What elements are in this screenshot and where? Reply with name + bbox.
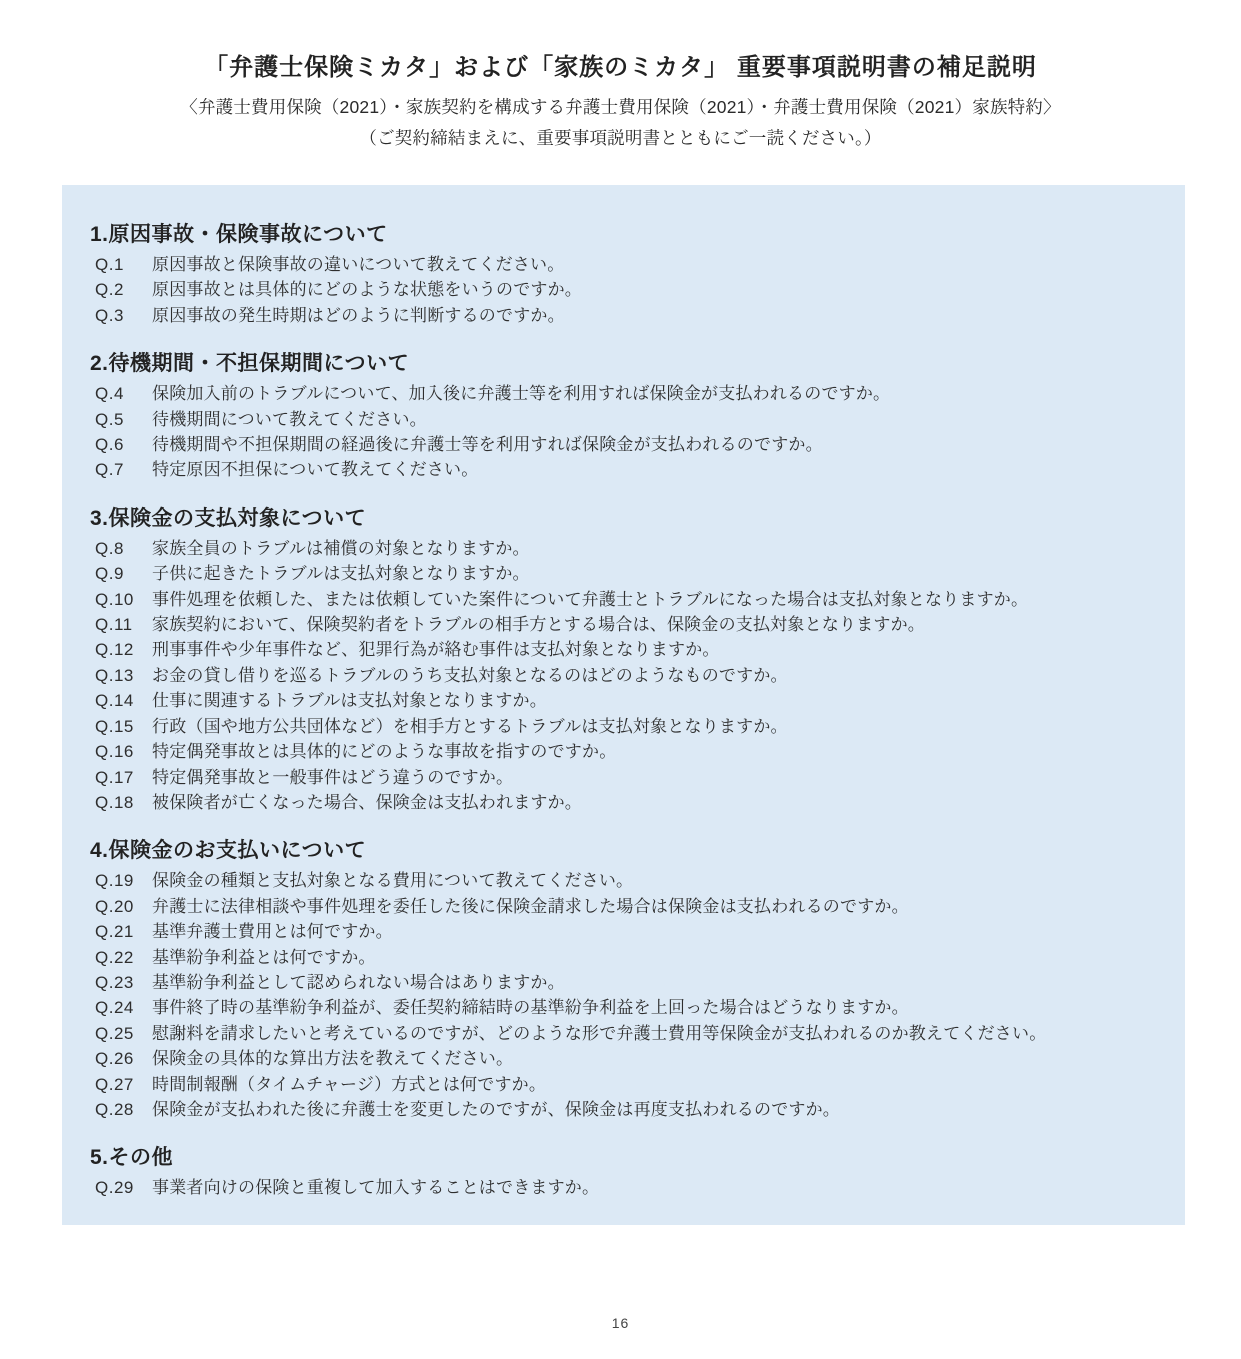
question-text: 家族契約において、保険契約者をトラブルの相手方とする場合は、保険金の支払対象とな…	[152, 612, 1165, 637]
toc-question-row: Q.9子供に起きたトラブルは支払対象となりますか。	[95, 561, 1165, 586]
toc-question-row: Q.28保険金が支払われた後に弁護士を変更したのですが、保険金は再度支払われるの…	[95, 1097, 1165, 1122]
question-number: Q.11	[95, 612, 152, 637]
question-text: 保険金が支払われた後に弁護士を変更したのですが、保険金は再度支払われるのですか。	[152, 1097, 1165, 1122]
toc-question-row: Q.14仕事に関連するトラブルは支払対象となりますか。	[95, 688, 1165, 713]
toc-section: 4.保険金のお支払いについてQ.19保険金の種類と支払対象となる費用について教え…	[90, 837, 1165, 1122]
question-number: Q.9	[95, 561, 152, 586]
question-number: Q.23	[95, 970, 152, 995]
toc-question-row: Q.25慰謝料を請求したいと考えているのですが、どのような形で弁護士費用等保険金…	[95, 1021, 1165, 1046]
question-number: Q.20	[95, 894, 152, 919]
question-text: 特定偶発事故と一般事件はどう違うのですか。	[152, 765, 1165, 790]
question-number: Q.3	[95, 303, 152, 328]
question-text: 刑事事件や少年事件など、犯罪行為が絡む事件は支払対象となりますか。	[152, 637, 1165, 662]
question-text: 特定原因不担保について教えてください。	[152, 457, 1165, 482]
question-text: 事業者向けの保険と重複して加入することはできますか。	[152, 1175, 1165, 1200]
toc-question-row: Q.23基準紛争利益として認められない場合はありますか。	[95, 970, 1165, 995]
question-number: Q.18	[95, 790, 152, 815]
toc-question-row: Q.3原因事故の発生時期はどのように判断するのですか。	[95, 303, 1165, 328]
question-number: Q.21	[95, 919, 152, 944]
question-number: Q.28	[95, 1097, 152, 1122]
question-number: Q.29	[95, 1175, 152, 1200]
toc-question-row: Q.1原因事故と保険事故の違いについて教えてください。	[95, 252, 1165, 277]
question-text: お金の貸し借りを巡るトラブルのうち支払対象となるのはどのようなものですか。	[152, 663, 1165, 688]
question-text: 保険金の種類と支払対象となる費用について教えてください。	[152, 868, 1165, 893]
toc-question-row: Q.7特定原因不担保について教えてください。	[95, 457, 1165, 482]
page-title: 「弁護士保険ミカタ」および「家族のミカタ」 重要事項説明書の補足説明	[0, 52, 1241, 83]
toc-section: 2.待機期間・不担保期間についてQ.4保険加入前のトラブルについて、加入後に弁護…	[90, 350, 1165, 483]
toc-section: 1.原因事故・保険事故についてQ.1原因事故と保険事故の違いについて教えてくださ…	[90, 221, 1165, 328]
toc-question-row: Q.16特定偶発事故とは具体的にどのような事故を指すのですか。	[95, 739, 1165, 764]
question-number: Q.26	[95, 1046, 152, 1071]
question-number: Q.8	[95, 536, 152, 561]
question-text: 待機期間や不担保期間の経過後に弁護士等を利用すれば保険金が支払われるのですか。	[152, 432, 1165, 457]
toc-question-row: Q.12刑事事件や少年事件など、犯罪行為が絡む事件は支払対象となりますか。	[95, 637, 1165, 662]
question-text: 事件処理を依頼した、または依頼していた案件について弁護士とトラブルになった場合は…	[152, 587, 1165, 612]
toc-question-row: Q.2原因事故とは具体的にどのような状態をいうのですか。	[95, 277, 1165, 302]
section-heading: 3.保険金の支払対象について	[90, 505, 1165, 533]
question-number: Q.17	[95, 765, 152, 790]
toc-question-row: Q.10事件処理を依頼した、または依頼していた案件について弁護士とトラブルになっ…	[95, 587, 1165, 612]
toc-question-row: Q.8家族全員のトラブルは補償の対象となりますか。	[95, 536, 1165, 561]
toc-question-row: Q.27時間制報酬（タイムチャージ）方式とは何ですか。	[95, 1072, 1165, 1097]
toc-panel: 1.原因事故・保険事故についてQ.1原因事故と保険事故の違いについて教えてくださ…	[62, 185, 1185, 1225]
question-text: 原因事故の発生時期はどのように判断するのですか。	[152, 303, 1165, 328]
question-text: 事件終了時の基準紛争利益が、委任契約締結時の基準紛争利益を上回った場合はどうなり…	[152, 995, 1165, 1020]
question-text: 特定偶発事故とは具体的にどのような事故を指すのですか。	[152, 739, 1165, 764]
section-heading: 5.その他	[90, 1144, 1165, 1172]
question-number: Q.7	[95, 457, 152, 482]
toc-question-row: Q.11家族契約において、保険契約者をトラブルの相手方とする場合は、保険金の支払…	[95, 612, 1165, 637]
question-text: 原因事故と保険事故の違いについて教えてください。	[152, 252, 1165, 277]
page-subtitle-note: （ご契約締結まえに、重要事項説明書とともにご一読ください。）	[0, 125, 1241, 150]
page-number: 16	[0, 1315, 1241, 1331]
question-text: 基準紛争利益として認められない場合はありますか。	[152, 970, 1165, 995]
toc-section: 3.保険金の支払対象についてQ.8家族全員のトラブルは補償の対象となりますか。Q…	[90, 505, 1165, 815]
question-number: Q.22	[95, 945, 152, 970]
question-number: Q.15	[95, 714, 152, 739]
question-text: 被保険者が亡くなった場合、保険金は支払われますか。	[152, 790, 1165, 815]
question-text: 子供に起きたトラブルは支払対象となりますか。	[152, 561, 1165, 586]
toc-question-row: Q.18被保険者が亡くなった場合、保険金は支払われますか。	[95, 790, 1165, 815]
toc-question-row: Q.15行政（国や地方公共団体など）を相手方とするトラブルは支払対象となりますか…	[95, 714, 1165, 739]
toc-question-row: Q.17特定偶発事故と一般事件はどう違うのですか。	[95, 765, 1165, 790]
question-number: Q.14	[95, 688, 152, 713]
question-text: 基準弁護士費用とは何ですか。	[152, 919, 1165, 944]
page-subtitle-products: 〈弁護士費用保険（2021）・家族契約を構成する弁護士費用保険（2021）・弁護…	[0, 94, 1241, 119]
toc-question-row: Q.4保険加入前のトラブルについて、加入後に弁護士等を利用すれば保険金が支払われ…	[95, 381, 1165, 406]
toc-question-row: Q.26保険金の具体的な算出方法を教えてください。	[95, 1046, 1165, 1071]
question-text: 行政（国や地方公共団体など）を相手方とするトラブルは支払対象となりますか。	[152, 714, 1165, 739]
section-heading: 4.保険金のお支払いについて	[90, 837, 1165, 865]
toc-question-row: Q.29事業者向けの保険と重複して加入することはできますか。	[95, 1175, 1165, 1200]
question-number: Q.12	[95, 637, 152, 662]
toc-sections-container: 1.原因事故・保険事故についてQ.1原因事故と保険事故の違いについて教えてくださ…	[90, 221, 1165, 1201]
question-number: Q.5	[95, 407, 152, 432]
question-number: Q.27	[95, 1072, 152, 1097]
question-text: 保険加入前のトラブルについて、加入後に弁護士等を利用すれば保険金が支払われるので…	[152, 381, 1165, 406]
question-text: 仕事に関連するトラブルは支払対象となりますか。	[152, 688, 1165, 713]
section-heading: 2.待機期間・不担保期間について	[90, 350, 1165, 378]
question-number: Q.4	[95, 381, 152, 406]
toc-question-row: Q.5待機期間について教えてください。	[95, 407, 1165, 432]
question-number: Q.19	[95, 868, 152, 893]
document-header: 「弁護士保険ミカタ」および「家族のミカタ」 重要事項説明書の補足説明 〈弁護士費…	[0, 0, 1241, 150]
toc-question-row: Q.6待機期間や不担保期間の経過後に弁護士等を利用すれば保険金が支払われるのです…	[95, 432, 1165, 457]
question-number: Q.1	[95, 252, 152, 277]
toc-question-row: Q.21基準弁護士費用とは何ですか。	[95, 919, 1165, 944]
document-page: { "header": { "title": "「弁護士保険ミカタ」および「家族…	[0, 0, 1241, 1359]
question-number: Q.13	[95, 663, 152, 688]
question-text: 家族全員のトラブルは補償の対象となりますか。	[152, 536, 1165, 561]
question-number: Q.2	[95, 277, 152, 302]
question-text: 時間制報酬（タイムチャージ）方式とは何ですか。	[152, 1072, 1165, 1097]
question-number: Q.16	[95, 739, 152, 764]
question-text: 慰謝料を請求したいと考えているのですが、どのような形で弁護士費用等保険金が支払わ…	[152, 1021, 1165, 1046]
toc-question-row: Q.20弁護士に法律相談や事件処理を委任した後に保険金請求した場合は保険金は支払…	[95, 894, 1165, 919]
question-text: 保険金の具体的な算出方法を教えてください。	[152, 1046, 1165, 1071]
toc-question-row: Q.13お金の貸し借りを巡るトラブルのうち支払対象となるのはどのようなものですか…	[95, 663, 1165, 688]
toc-section: 5.その他Q.29事業者向けの保険と重複して加入することはできますか。	[90, 1144, 1165, 1200]
question-number: Q.24	[95, 995, 152, 1020]
toc-question-row: Q.22基準紛争利益とは何ですか。	[95, 945, 1165, 970]
question-number: Q.10	[95, 587, 152, 612]
question-number: Q.25	[95, 1021, 152, 1046]
question-text: 原因事故とは具体的にどのような状態をいうのですか。	[152, 277, 1165, 302]
question-text: 基準紛争利益とは何ですか。	[152, 945, 1165, 970]
question-text: 待機期間について教えてください。	[152, 407, 1165, 432]
question-number: Q.6	[95, 432, 152, 457]
section-heading: 1.原因事故・保険事故について	[90, 221, 1165, 249]
question-text: 弁護士に法律相談や事件処理を委任した後に保険金請求した場合は保険金は支払われるの…	[152, 894, 1165, 919]
toc-question-row: Q.24事件終了時の基準紛争利益が、委任契約締結時の基準紛争利益を上回った場合は…	[95, 995, 1165, 1020]
toc-question-row: Q.19保険金の種類と支払対象となる費用について教えてください。	[95, 868, 1165, 893]
